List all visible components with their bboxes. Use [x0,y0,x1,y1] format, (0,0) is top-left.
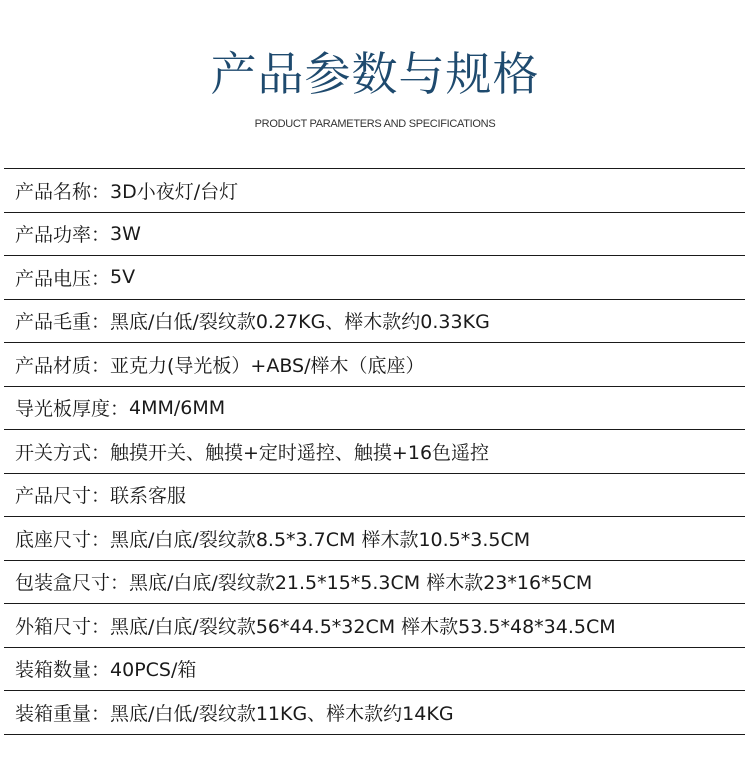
spec-row-box-size: 包装盒尺寸：黑底/白底/裂纹款21.5*15*5.3CM 榉木款23*16*5C… [4,561,745,605]
spec-value: 40PCS/箱 [110,655,196,682]
spec-row-carton-weight: 装箱重量：黑底/白低/裂纹款11KG、榉木款约14KG [4,691,745,735]
spec-row-product-size: 产品尺寸：联系客服 [4,474,745,518]
spec-value: 黑底/白底/裂纹款56*44.5*32CM 榉木款53.5*48*34.5CM [110,612,616,639]
spec-value: 联系客服 [110,481,186,508]
spec-row-voltage: 产品电压：5V [4,256,745,300]
spec-value: 3D小夜灯/台灯 [110,177,238,204]
spec-row-carton-size: 外箱尺寸：黑底/白底/裂纹款56*44.5*32CM 榉木款53.5*48*34… [4,604,745,648]
spec-value: 触摸开关、触摸+定时遥控、触摸+16色遥控 [110,438,489,465]
spec-row-material: 产品材质：亚克力(导光板）+ABS/榉木（底座） [4,343,745,387]
spec-label: 产品功率： [15,220,110,247]
spec-value: 黑底/白低/裂纹款11KG、榉木款约14KG [110,699,454,726]
spec-label: 装箱重量： [15,699,110,726]
spec-label: 产品毛重： [15,307,110,334]
spec-row-gross-weight: 产品毛重：黑底/白低/裂纹款0.27KG、榉木款约0.33KG [4,300,745,344]
spec-table: 产品名称：3D小夜灯/台灯 产品功率：3W 产品电压：5V 产品毛重：黑底/白低… [4,168,745,735]
spec-value: 亚克力(导光板）+ABS/榉木（底座） [110,351,425,378]
spec-value: 黑底/白低/裂纹款0.27KG、榉木款约0.33KG [110,307,490,334]
spec-row-switch-mode: 开关方式：触摸开关、触摸+定时遥控、触摸+16色遥控 [4,430,745,474]
spec-label: 产品名称： [15,177,110,204]
spec-row-product-name: 产品名称：3D小夜灯/台灯 [4,169,745,213]
spec-label: 开关方式： [15,438,110,465]
page-subtitle: PRODUCT PARAMETERS AND SPECIFICATIONS [0,117,750,131]
spec-value: 黑底/白底/裂纹款8.5*3.7CM 榉木款10.5*3.5CM [110,525,530,552]
spec-label: 外箱尺寸： [15,612,110,639]
spec-label: 包装盒尺寸： [15,568,129,595]
spec-label: 装箱数量： [15,655,110,682]
spec-row-carton-quantity: 装箱数量：40PCS/箱 [4,648,745,692]
spec-row-panel-thickness: 导光板厚度：4MM/6MM [4,387,745,431]
spec-value: 4MM/6MM [129,397,225,419]
spec-value: 黑底/白底/裂纹款21.5*15*5.3CM 榉木款23*16*5CM [129,568,592,595]
spec-label: 导光板厚度： [15,394,129,421]
spec-value: 3W [110,223,141,245]
spec-row-base-size: 底座尺寸：黑底/白底/裂纹款8.5*3.7CM 榉木款10.5*3.5CM [4,517,745,561]
spec-label: 产品材质： [15,351,110,378]
page-title: 产品参数与规格 [0,44,750,104]
spec-row-power: 产品功率：3W [4,213,745,257]
spec-value: 5V [110,266,135,288]
spec-label: 产品电压： [15,264,110,291]
spec-label: 产品尺寸： [15,481,110,508]
spec-label: 底座尺寸： [15,525,110,552]
